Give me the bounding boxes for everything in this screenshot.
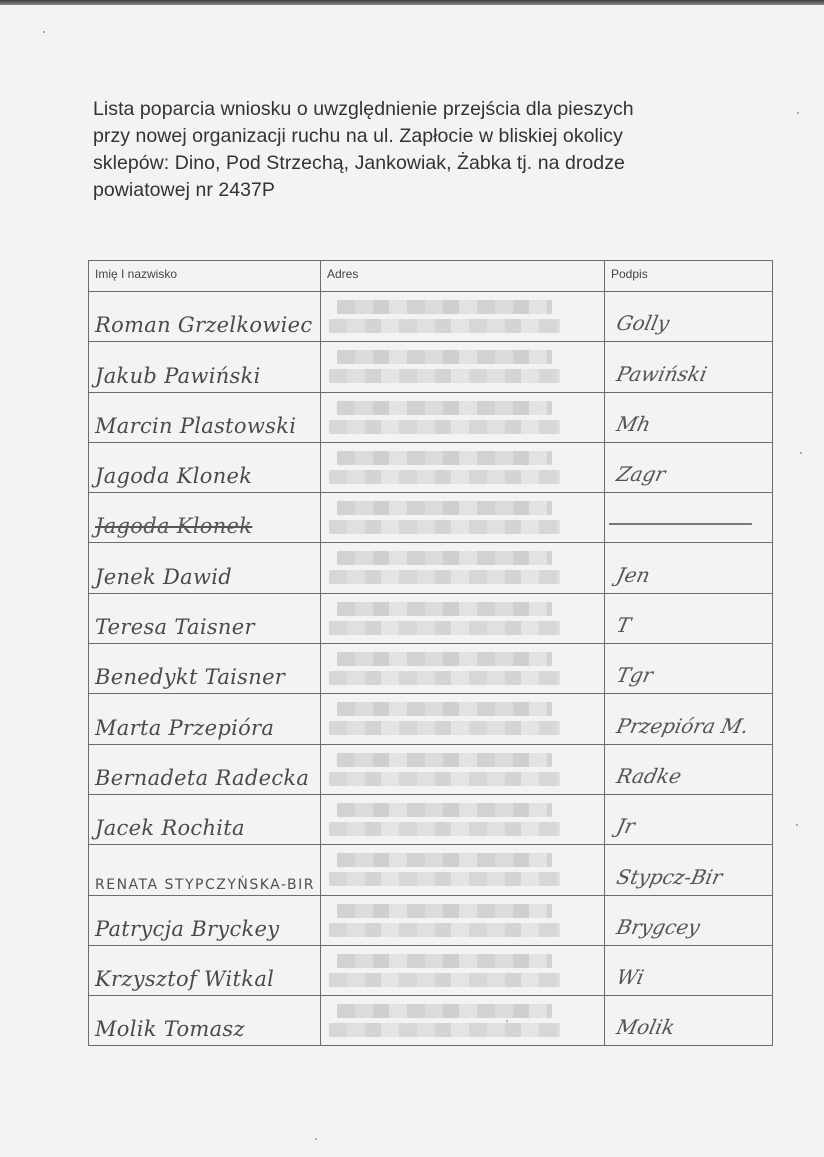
table-row: Molik TomaszMolik [89,996,773,1046]
redaction-block [337,853,552,867]
cell-address-redacted [321,392,605,442]
handwritten-name: Jenek Dawid [95,565,232,589]
pixelated-address [325,401,600,436]
handwritten-name: Teresa Taisner [95,615,255,639]
redaction-block [337,702,552,716]
signature: Stypcz-Bir [614,865,724,889]
redaction-block [329,470,560,484]
cell-signature: Pawiński [605,342,773,392]
handwritten-name: Jacek Rochita [95,816,245,840]
pixelated-address [325,702,600,737]
redaction-block [337,551,552,565]
table-row: Jacek RochitaJr [89,794,773,844]
cell-address-redacted [321,694,605,744]
redaction-block [337,501,552,515]
cell-address-redacted [321,794,605,844]
table-row: Marcin PlastowskiMh [89,392,773,442]
cell-signature: Mh [605,392,773,442]
cell-address-redacted [321,945,605,995]
redaction-block [337,652,552,666]
scan-speck [506,1020,508,1022]
pixelated-address [325,954,600,989]
cell-signature: Zagr [605,442,773,492]
pixelated-address [325,602,600,637]
title-line: Lista poparcia wniosku o uwzględnienie p… [93,96,773,123]
cell-name: Bernadeta Radecka [89,744,321,794]
pixelated-address [325,853,600,888]
cell-name: Teresa Taisner [89,593,321,643]
signature: Golly [614,311,671,335]
scan-speck [797,112,799,114]
signature: Radke [614,764,683,788]
redaction-block [329,570,560,584]
cell-address-redacted [321,895,605,945]
header-signature: Podpis [605,261,773,292]
pixelated-address [325,350,600,385]
table-row: Jagoda Klonek [89,493,773,543]
cell-address-redacted [321,342,605,392]
redaction-block [329,520,560,534]
cell-address-redacted [321,593,605,643]
table-row: Jenek DawidJen [89,543,773,593]
handwritten-name: RENATA STYPCZYŃSKA-BIR [95,877,315,893]
pixelated-address [325,551,600,586]
signature-table: Imię I nazwisko Adres Podpis Roman Grzel… [88,260,773,1046]
table-row: Jakub PawińskiPawiński [89,342,773,392]
cell-address-redacted [321,442,605,492]
redaction-block [337,803,552,817]
cell-address-redacted [321,493,605,543]
handwritten-name: Patrycja Bryckey [95,917,279,941]
redaction-block [329,420,560,434]
table-row: Patrycja BryckeyBrygcey [89,895,773,945]
handwritten-name: Bernadeta Radecka [95,766,309,790]
redaction-block [337,954,552,968]
cell-signature: Wi [605,945,773,995]
table-row: Benedykt TaisnerTgr [89,644,773,694]
cell-address-redacted [321,845,605,895]
scan-speck [315,1138,317,1140]
redaction-block [329,319,560,333]
cell-name: Jagoda Klonek [89,493,321,543]
cell-signature: Jen [605,543,773,593]
cell-signature: T [605,593,773,643]
cell-address-redacted [321,644,605,694]
redaction-block [329,621,560,635]
redaction-block [337,401,552,415]
handwritten-name: Jagoda Klonek [95,514,252,538]
redaction-block [329,923,560,937]
signature: Jr [614,814,637,838]
title-line: przy nowej organizacji ruchu na ul. Zapł… [93,123,773,150]
redaction-block [329,973,560,987]
signature: Zagr [614,462,667,486]
table-row: RENATA STYPCZYŃSKA-BIRStypcz-Bir [89,845,773,895]
table-row: Teresa TaisnerT [89,593,773,643]
cell-address-redacted [321,744,605,794]
signature: Wi [614,965,646,989]
cell-address-redacted [321,543,605,593]
cell-signature: Tgr [605,644,773,694]
redaction-block [337,451,552,465]
title-line: sklepów: Dino, Pod Strzechą, Jankowiak, … [93,150,773,177]
cell-name: Benedykt Taisner [89,644,321,694]
title-line: powiatowej nr 2437P [93,177,773,204]
redaction-block [329,1023,560,1037]
table-row: Bernadeta RadeckaRadke [89,744,773,794]
table-row: Jagoda KlonekZagr [89,442,773,492]
cell-name: Molik Tomasz [89,996,321,1046]
redaction-block [337,350,552,364]
table-row: Marta PrzepióraPrzepióra M. [89,694,773,744]
pixelated-address [325,904,600,939]
table-header-row: Imię I nazwisko Adres Podpis [89,261,773,292]
handwritten-name: Jagoda Klonek [95,464,252,488]
redaction-block [329,772,560,786]
redaction-block [337,1004,552,1018]
cell-signature [605,493,773,543]
cell-name: Patrycja Bryckey [89,895,321,945]
signature: Przepióra M. [614,714,750,738]
scan-speck [796,824,798,826]
redaction-block [337,300,552,314]
cell-signature: Przepióra M. [605,694,773,744]
pixelated-address [325,1004,600,1039]
cell-name: Jacek Rochita [89,794,321,844]
cell-name: Krzysztof Witkal [89,945,321,995]
redaction-block [337,904,552,918]
scan-speck [800,452,802,454]
signature: Pawiński [614,362,709,386]
pixelated-address [325,803,600,838]
handwritten-name: Krzysztof Witkal [95,967,274,991]
cell-signature: Golly [605,292,773,342]
signature: Brygcey [614,915,702,939]
table-row: Krzysztof WitkalWi [89,945,773,995]
table-row: Roman GrzelkowiecGolly [89,292,773,342]
cell-address-redacted [321,996,605,1046]
signature: T [614,613,632,637]
pixelated-address [325,300,600,335]
signature [609,523,752,525]
cell-name: RENATA STYPCZYŃSKA-BIR [89,845,321,895]
scan-speck [43,31,45,33]
cell-signature: Brygcey [605,895,773,945]
cell-signature: Stypcz-Bir [605,845,773,895]
redaction-block [329,671,560,685]
header-address: Adres [321,261,605,292]
handwritten-name: Roman Grzelkowiec [95,313,312,337]
pixelated-address [325,753,600,788]
cell-name: Jagoda Klonek [89,442,321,492]
handwritten-name: Jakub Pawiński [95,364,261,388]
signature: Mh [614,412,652,436]
cell-name: Marta Przepióra [89,694,321,744]
cell-signature: Molik [605,996,773,1046]
cell-signature: Radke [605,744,773,794]
redaction-block [329,369,560,383]
pixelated-address [325,501,600,536]
pixelated-address [325,451,600,486]
handwritten-name: Molik Tomasz [95,1017,245,1041]
cell-name: Jenek Dawid [89,543,321,593]
document-title: Lista poparcia wniosku o uwzględnienie p… [93,96,773,204]
cell-name: Roman Grzelkowiec [89,292,321,342]
signature: Tgr [614,663,655,687]
redaction-block [337,602,552,616]
redaction-block [329,872,560,886]
cell-signature: Jr [605,794,773,844]
redaction-block [337,753,552,767]
scan-top-edge [0,0,824,5]
handwritten-name: Marta Przepióra [95,716,274,740]
cell-address-redacted [321,292,605,342]
cell-name: Marcin Plastowski [89,392,321,442]
signature: Molik [614,1015,677,1039]
signature: Jen [614,563,652,587]
redaction-block [329,721,560,735]
handwritten-name: Benedykt Taisner [95,665,285,689]
cell-name: Jakub Pawiński [89,342,321,392]
header-name: Imię I nazwisko [89,261,321,292]
pixelated-address [325,652,600,687]
handwritten-name: Marcin Plastowski [95,414,296,438]
redaction-block [329,822,560,836]
